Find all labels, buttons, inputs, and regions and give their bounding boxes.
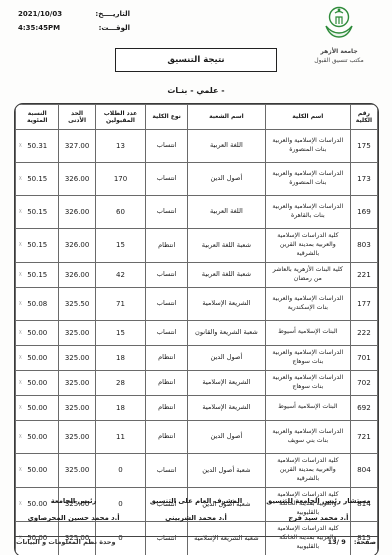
table-row: 169الدراسات الإسلامية والعربية بنات بالق… <box>16 196 378 229</box>
cell-enrollment-type: انتظام <box>146 420 188 453</box>
cell-percentage: 50.00٪ <box>16 453 59 487</box>
cell-college-id: 177 <box>350 287 377 320</box>
cell-college-id: 692 <box>350 395 377 420</box>
cell-college-id: 169 <box>350 196 377 229</box>
cell-branch-name: أصول الدين <box>187 345 265 370</box>
cell-min-score: 326.00 <box>59 163 95 196</box>
cell-college-name: البنات الإسلامية أسيوط <box>265 395 350 420</box>
cell-branch-name: الشريعة الإسلامية <box>187 395 265 420</box>
org-block: جامعة الأزهر مكتب تنسيق القبول <box>300 4 378 64</box>
cell-college-name: الدراسات الإسلامية والعربية بنات سوهاج <box>265 345 350 370</box>
time-row: الوقـــت: 4:35:45PM <box>18 24 130 32</box>
time-label: الوقـــت: <box>99 24 130 32</box>
cell-college-name: الدراسات الإسلامية والعربية بنات الإسكند… <box>265 287 350 320</box>
percent-sign: ٪ <box>19 379 22 386</box>
page-value: 13/ 9 <box>328 538 346 546</box>
cell-accepted-count: 15 <box>95 229 146 263</box>
percent-sign: ٪ <box>19 329 22 336</box>
cell-accepted-count: 60 <box>95 196 146 229</box>
cell-accepted-count: 0 <box>95 453 146 487</box>
col-header-min: الحد الأدنى <box>59 105 95 130</box>
cell-enrollment-type: انتساب <box>146 130 188 163</box>
cell-enrollment-type: انتساب <box>146 196 188 229</box>
page-number: صفحة: 13/ 9 <box>328 538 376 546</box>
signatures-row: مستشار رئيس الجامعة للتنسيق أ.د محمد سيد… <box>16 497 376 522</box>
report-title: نتيجة التنسيق <box>167 55 224 65</box>
cell-min-score: 327.00 <box>59 130 95 163</box>
signatory-name: أ.د محمد سيد فرج <box>261 514 376 522</box>
cell-min-score: 326.00 <box>59 196 95 229</box>
table-row: 173الدراسات الإسلامية والعربية بنات المن… <box>16 163 378 196</box>
cell-enrollment-type: انتساب <box>146 262 188 287</box>
table-row: 221كلية البنات الأزهرية بالعاشر من رمضان… <box>16 262 378 287</box>
office-name: مكتب تنسيق القبول <box>300 57 378 64</box>
cell-college-id: 221 <box>350 262 377 287</box>
percent-sign: ٪ <box>19 404 22 411</box>
cell-accepted-count: 18 <box>95 345 146 370</box>
cell-college-id: 804 <box>350 453 377 487</box>
report-page: التاريــــخ: 2021/10/03 الوقـــت: 4:35:4… <box>0 0 392 555</box>
cell-enrollment-type: انتساب <box>146 287 188 320</box>
cell-percentage: 50.00٪ <box>16 320 59 345</box>
cell-percentage: 50.00٪ <box>16 395 59 420</box>
cell-percentage: 50.15٪ <box>16 229 59 263</box>
report-title-box: نتيجة التنسيق <box>115 48 277 72</box>
table-row: 803كلية الدراسات الإسلامية والعربية بمدي… <box>16 229 378 263</box>
col-header-pct: النسبة المئوية <box>16 105 59 130</box>
cell-enrollment-type: انتظام <box>146 229 188 263</box>
signatory-university-president: رئيس الجامعة أ.د محمد حسين المحرصاوي <box>16 497 131 522</box>
cell-branch-name: شعبة اللغة العربية <box>187 229 265 263</box>
date-value: 2021/10/03 <box>18 10 62 18</box>
cell-enrollment-type: انتظام <box>146 395 188 420</box>
col-header-branch: اسم الشعبة <box>187 105 265 130</box>
table-row: 692البنات الإسلامية أسيوطالشريعة الإسلام… <box>16 395 378 420</box>
cell-accepted-count: 13 <box>95 130 146 163</box>
table-row: 222البنات الإسلامية أسيوطشعبة الشريعة وا… <box>16 320 378 345</box>
percent-sign: ٪ <box>19 354 22 361</box>
cell-min-score: 325.00 <box>59 395 95 420</box>
cell-enrollment-type: انتساب <box>146 320 188 345</box>
cell-min-score: 325.00 <box>59 370 95 395</box>
col-header-college: اسم الكلية <box>265 105 350 130</box>
cell-accepted-count: 15 <box>95 320 146 345</box>
cell-percentage: 50.31٪ <box>16 130 59 163</box>
date-label: التاريــــخ: <box>95 10 130 18</box>
alazhar-logo-icon <box>322 4 356 42</box>
cell-min-score: 325.00 <box>59 345 95 370</box>
cell-enrollment-type: انتساب <box>146 453 188 487</box>
cell-college-id: 702 <box>350 370 377 395</box>
cell-percentage: 50.00٪ <box>16 370 59 395</box>
page-label: صفحة: <box>354 538 376 546</box>
cell-percentage: 50.15٪ <box>16 163 59 196</box>
table-row: 804كلية الدراسات الإسلامية والعربية بمدي… <box>16 453 378 487</box>
table-row: 721الدراسات الإسلامية والعربية بنات بني … <box>16 420 378 453</box>
cell-college-name: الدراسات الإسلامية والعربية بنات المنصور… <box>265 130 350 163</box>
cell-college-id: 721 <box>350 420 377 453</box>
cell-enrollment-type: انتساب <box>146 163 188 196</box>
percent-sign: ٪ <box>19 271 22 278</box>
col-header-type: نوع الكلية <box>146 105 188 130</box>
cell-enrollment-type: انتظام <box>146 345 188 370</box>
cell-percentage: 50.08٪ <box>16 287 59 320</box>
cell-college-id: 173 <box>350 163 377 196</box>
cell-percentage: 50.15٪ <box>16 262 59 287</box>
percent-sign: ٪ <box>19 175 22 182</box>
cell-min-score: 325.00 <box>59 420 95 453</box>
table-body: 175الدراسات الإسلامية والعربية بنات المن… <box>16 130 378 555</box>
time-value: 4:35:45PM <box>18 24 60 32</box>
percent-sign: ٪ <box>19 208 22 215</box>
cell-college-name: الدراسات الإسلامية والعربية بنات المنصور… <box>265 163 350 196</box>
cell-accepted-count: 28 <box>95 370 146 395</box>
cell-branch-name: اللغة العربية <box>187 196 265 229</box>
cell-branch-name: شعبة أصول الدين <box>187 453 265 487</box>
cell-college-id: 175 <box>350 130 377 163</box>
signatory-title: مستشار رئيس الجامعة للتنسيق <box>261 497 376 505</box>
cell-min-score: 325.50 <box>59 287 95 320</box>
percent-sign: ٪ <box>19 300 22 307</box>
signatory-title: رئيس الجامعة <box>16 497 131 505</box>
cell-college-name: الدراسات الإسلامية والعربية بنات بني سوي… <box>265 420 350 453</box>
cell-accepted-count: 18 <box>95 395 146 420</box>
signatory-general-supervisor: المشرف العام على التنسيق أ.د محمد الشربي… <box>138 497 253 522</box>
cell-branch-name: الشريعة الإسلامية <box>187 370 265 395</box>
cell-accepted-count: 42 <box>95 262 146 287</box>
cell-branch-name: شعبة اللغة العربية <box>187 262 265 287</box>
percent-sign: ٪ <box>19 467 22 474</box>
footer-line: صفحة: 13/ 9 وحدة نظم المعلومات و البيانا… <box>16 538 376 546</box>
cell-college-name: الدراسات الإسلامية والعربية بنات سوهاج <box>265 370 350 395</box>
signatory-name: أ.د محمد حسين المحرصاوي <box>16 514 131 522</box>
cell-college-id: 803 <box>350 229 377 263</box>
university-name: جامعة الأزهر <box>300 48 378 55</box>
table-row: 701الدراسات الإسلامية والعربية بنات سوها… <box>16 345 378 370</box>
cell-branch-name: الشريعة الإسلامية <box>187 287 265 320</box>
cell-accepted-count: 11 <box>95 420 146 453</box>
table-row: 702الدراسات الإسلامية والعربية بنات سوها… <box>16 370 378 395</box>
results-table: رقم الكلية اسم الكلية اسم الشعبة نوع الك… <box>15 104 378 555</box>
percent-sign: ٪ <box>19 433 22 440</box>
table-row: 177الدراسات الإسلامية والعربية بنات الإس… <box>16 287 378 320</box>
cell-college-name: كلية البنات الأزهرية بالعاشر من رمضان <box>265 262 350 287</box>
cell-accepted-count: 170 <box>95 163 146 196</box>
report-subtitle: - علمي - بنـات <box>0 86 392 95</box>
cell-accepted-count: 71 <box>95 287 146 320</box>
signatory-name: أ.د محمد الشربيني <box>138 514 253 522</box>
cell-college-name: كلية الدراسات الإسلامية والعربية بمدينة … <box>265 453 350 487</box>
cell-college-name: البنات الإسلامية أسيوط <box>265 320 350 345</box>
col-header-count: عدد الطلاب المقبولين <box>95 105 146 130</box>
cell-min-score: 326.00 <box>59 262 95 287</box>
cell-branch-name: شعبة الشريعة والقانون <box>187 320 265 345</box>
cell-branch-name: أصول الدين <box>187 420 265 453</box>
cell-branch-name: أصول الدين <box>187 163 265 196</box>
cell-branch-name: اللغة العربية <box>187 130 265 163</box>
cell-min-score: 325.00 <box>59 453 95 487</box>
signatory-coordination-advisor: مستشار رئيس الجامعة للتنسيق أ.د محمد سيد… <box>261 497 376 522</box>
cell-min-score: 326.00 <box>59 229 95 263</box>
col-header-id: رقم الكلية <box>350 105 377 130</box>
cell-college-name: كلية الدراسات الإسلامية والعربية بمدينة … <box>265 229 350 263</box>
datetime-block: التاريــــخ: 2021/10/03 الوقـــت: 4:35:4… <box>18 10 130 38</box>
results-table-frame: رقم الكلية اسم الكلية اسم الشعبة نوع الك… <box>14 103 379 555</box>
cell-percentage: 50.00٪ <box>16 345 59 370</box>
cell-percentage: 50.00٪ <box>16 420 59 453</box>
cell-college-name: الدراسات الإسلامية والعربية بنات بالقاهر… <box>265 196 350 229</box>
table-row: 175الدراسات الإسلامية والعربية بنات المن… <box>16 130 378 163</box>
cell-enrollment-type: انتظام <box>146 370 188 395</box>
percent-sign: ٪ <box>19 242 22 249</box>
cell-college-id: 701 <box>350 345 377 370</box>
table-header-row: رقم الكلية اسم الكلية اسم الشعبة نوع الك… <box>16 105 378 130</box>
cell-percentage: 50.15٪ <box>16 196 59 229</box>
signatory-title: المشرف العام على التنسيق <box>138 497 253 505</box>
cell-college-id: 222 <box>350 320 377 345</box>
percent-sign: ٪ <box>19 142 22 149</box>
it-unit-label: وحدة نظم المعلومات و البيانات <box>16 538 116 546</box>
footer-divider <box>14 536 378 537</box>
date-row: التاريــــخ: 2021/10/03 <box>18 10 130 18</box>
cell-min-score: 325.00 <box>59 320 95 345</box>
